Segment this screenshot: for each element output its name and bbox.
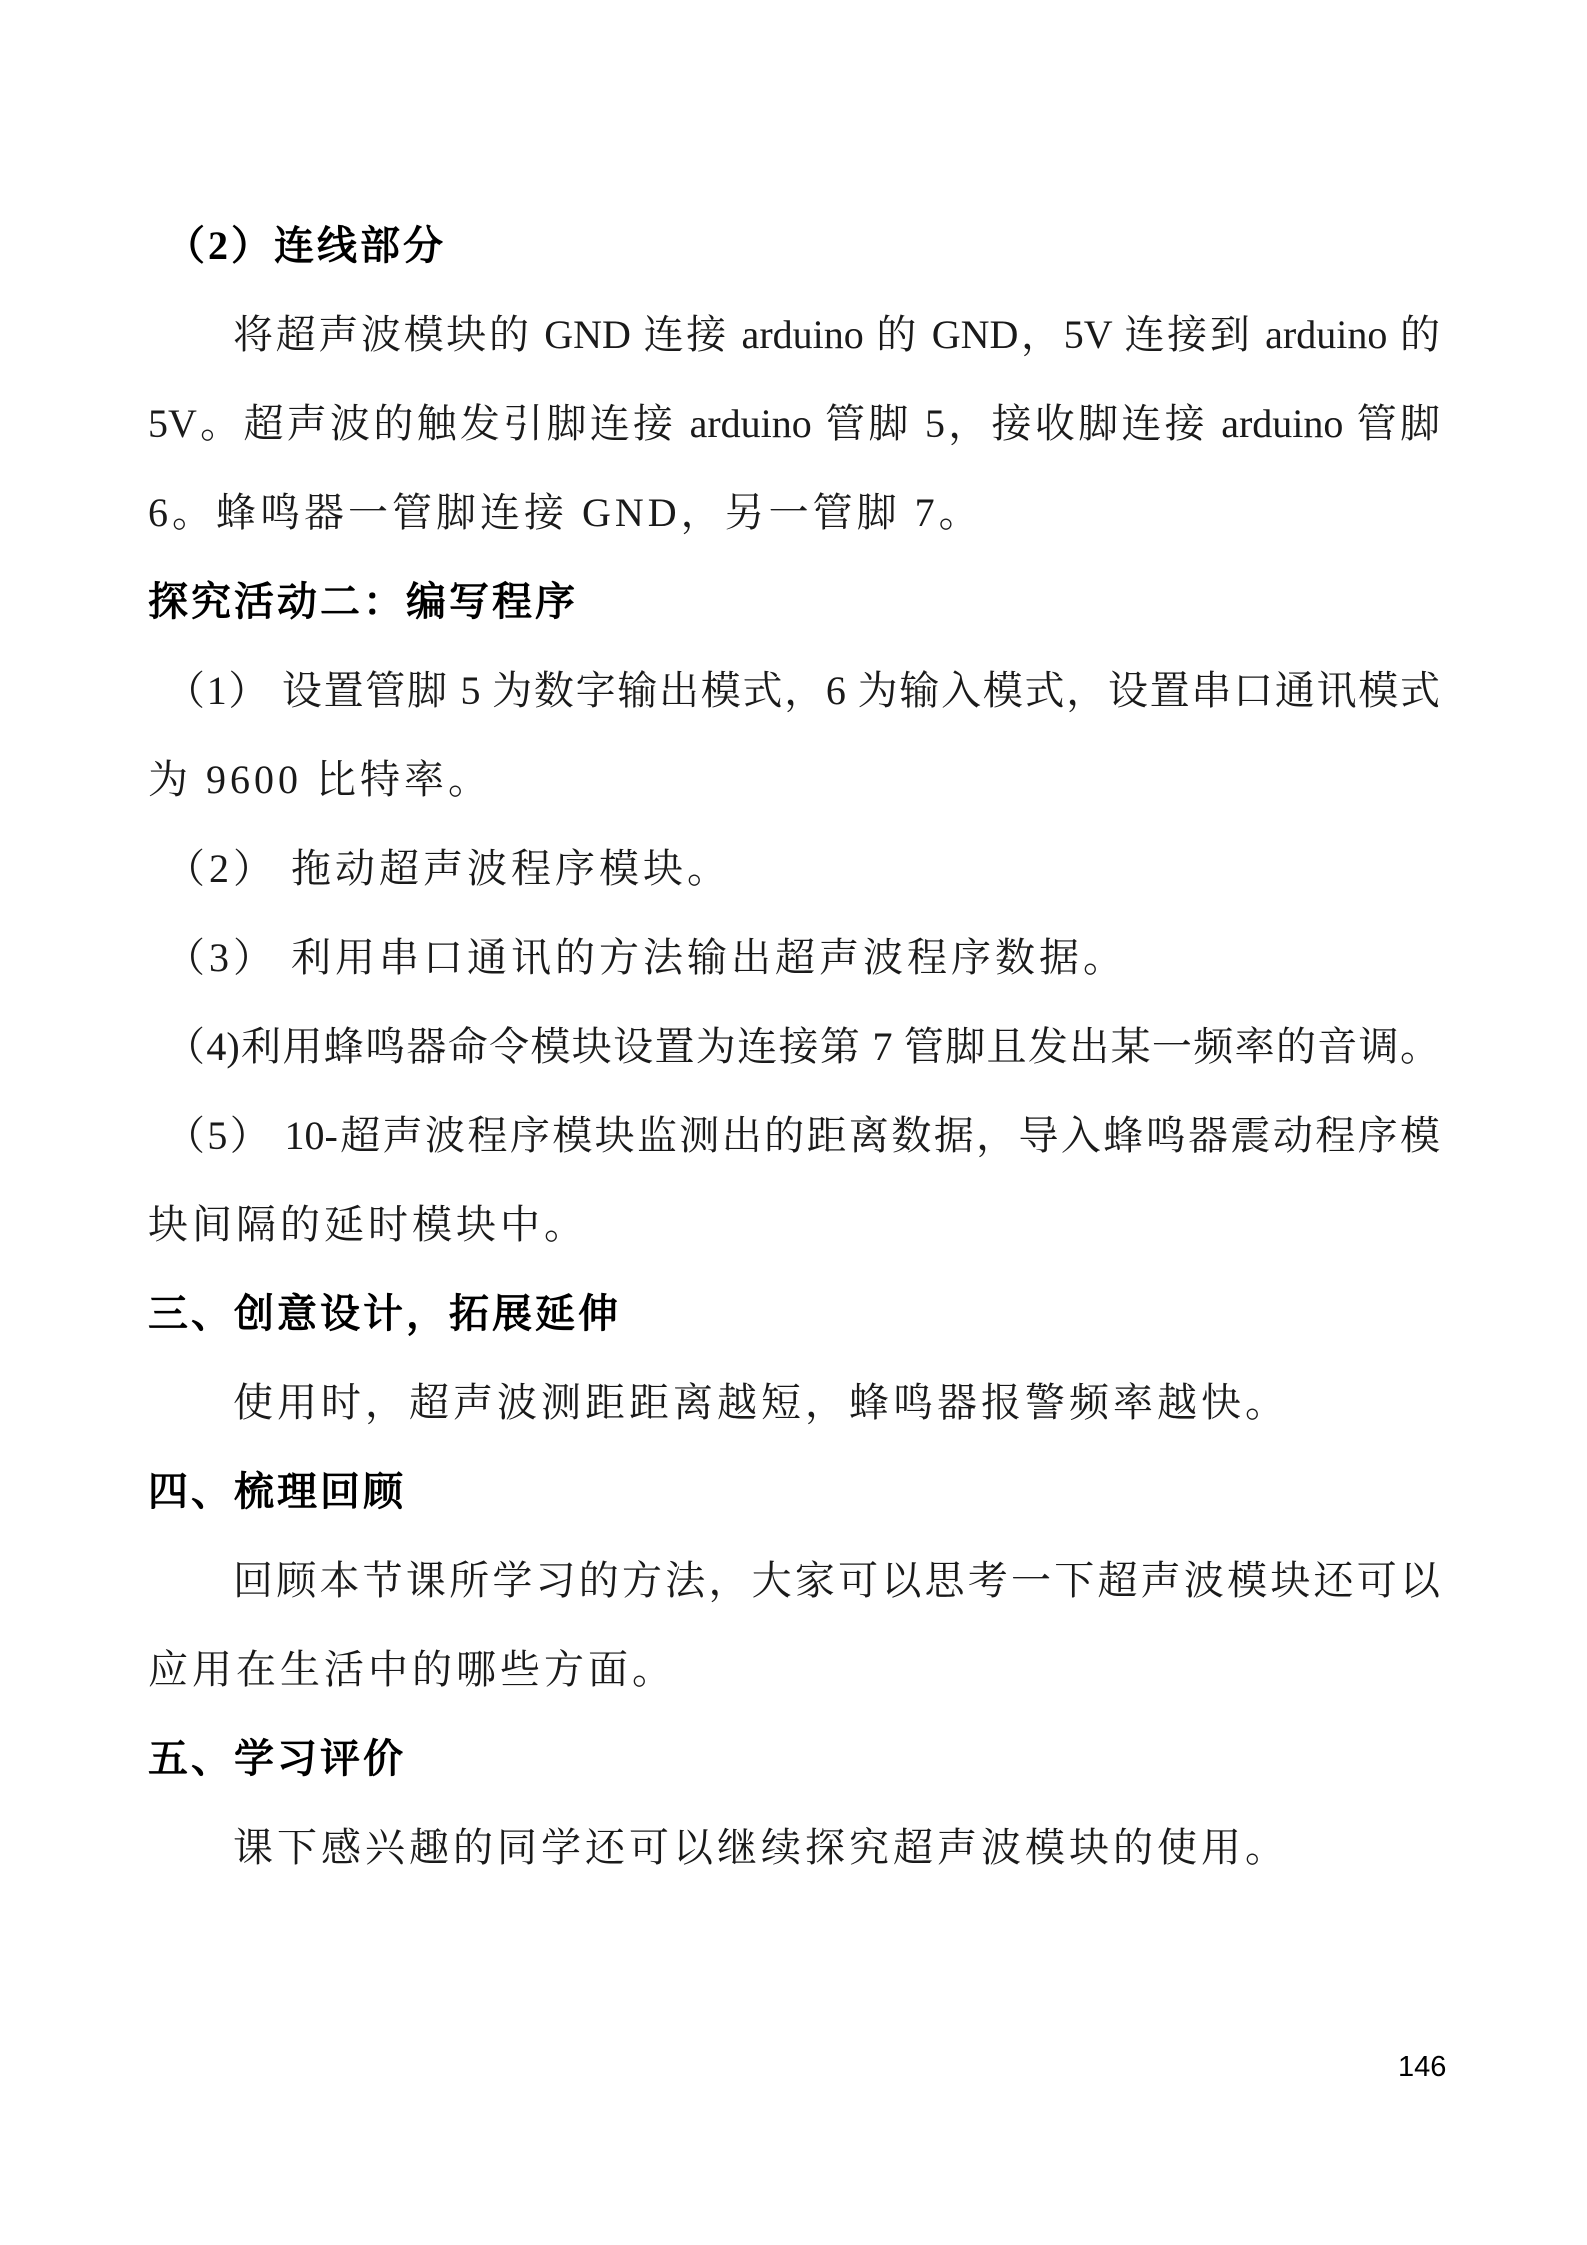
page-number: 146 <box>1398 2050 1446 2084</box>
paragraph-line: 6。蜂鸣器一管脚连接 GND，另一管脚 7。 <box>148 468 1440 557</box>
paragraph-line: 块间隔的延时模块中。 <box>148 1180 1440 1269</box>
list-item-5: （5） 10-超声波程序模块监测出的距离数据，导入蜂鸣器震动程序模 <box>148 1091 1440 1180</box>
list-item-3: （3） 利用串口通讯的方法输出超声波程序数据。 <box>148 913 1440 1002</box>
heading-section-three: 三、创意设计，拓展延伸 <box>148 1269 1440 1358</box>
document-page: （2）连线部分 将超声波模块的 GND 连接 arduino 的 GND，5V … <box>0 0 1587 2245</box>
paragraph-line: 将超声波模块的 GND 连接 arduino 的 GND，5V 连接到 ardu… <box>148 290 1440 379</box>
heading-section-four: 四、梳理回顾 <box>148 1447 1440 1536</box>
document-body: （2）连线部分 将超声波模块的 GND 连接 arduino 的 GND，5V … <box>148 201 1440 1892</box>
list-item-2: （2） 拖动超声波程序模块。 <box>148 824 1440 913</box>
paragraph-line: 应用在生活中的哪些方面。 <box>148 1625 1440 1714</box>
paragraph-line: 课下感兴趣的同学还可以继续探究超声波模块的使用。 <box>148 1803 1440 1892</box>
heading-wiring-section: （2）连线部分 <box>148 201 1440 290</box>
heading-section-five: 五、学习评价 <box>148 1714 1440 1803</box>
paragraph-line: 回顾本节课所学习的方法，大家可以思考一下超声波模块还可以 <box>148 1536 1440 1625</box>
list-item-4: （4)利用蜂鸣器命令模块设置为连接第 7 管脚且发出某一频率的音调。 <box>148 1002 1440 1091</box>
paragraph-line: 5V。超声波的触发引脚连接 arduino 管脚 5，接收脚连接 arduino… <box>148 379 1440 468</box>
paragraph-line: 为 9600 比特率。 <box>148 735 1440 824</box>
heading-activity-two: 探究活动二：编写程序 <box>148 557 1440 646</box>
paragraph-line: 使用时，超声波测距距离越短，蜂鸣器报警频率越快。 <box>148 1358 1440 1447</box>
list-item-1: （1） 设置管脚 5 为数字输出模式，6 为输入模式，设置串口通讯模式 <box>148 646 1440 735</box>
